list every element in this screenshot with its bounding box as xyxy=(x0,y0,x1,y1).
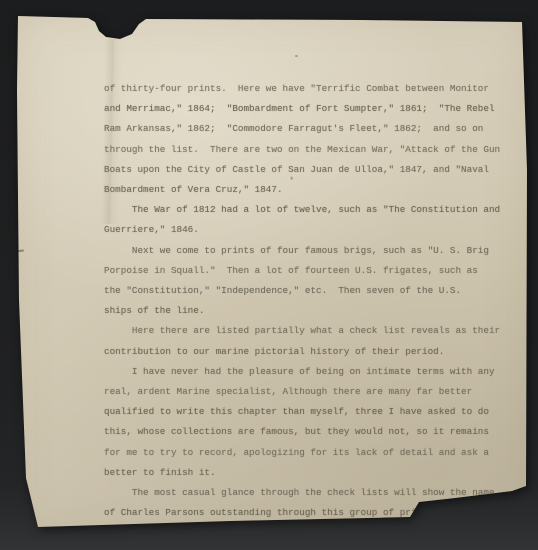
typed-line: Here there are listed partially what a c… xyxy=(104,321,516,341)
typed-line: ships of the line. xyxy=(104,301,516,321)
photo-background: of thirty-four prints. Here we have "Ter… xyxy=(0,0,538,550)
typed-text-block: of thirty-four prints. Here we have "Ter… xyxy=(104,79,516,523)
corner-fold-crease xyxy=(494,0,522,22)
typed-line: this, whose collections are famous, but … xyxy=(104,422,516,442)
typed-line: The most casual glance through the check… xyxy=(104,483,516,503)
typed-line: contribution to our marine pictorial his… xyxy=(104,342,516,362)
typed-line: Next we come to prints of four famous br… xyxy=(104,241,516,261)
typed-line: real, ardent Marine specialist, Although… xyxy=(104,382,516,402)
typed-insertion-mark: * xyxy=(289,176,294,186)
edge-nick xyxy=(15,249,24,252)
typed-line: Ram Arkansas," 1862; "Commodore Farragut… xyxy=(104,119,516,139)
typed-line: qualified to write this chapter than mys… xyxy=(104,402,516,422)
typed-line: of Charles Parsons outstanding through t… xyxy=(104,503,516,523)
typed-line: for me to try to record, apologizing for… xyxy=(104,443,516,463)
smudge-mark xyxy=(295,55,298,57)
typed-line: through the list. There are two on the M… xyxy=(104,140,516,160)
typed-page: of thirty-four prints. Here we have "Ter… xyxy=(0,0,538,550)
typed-line: The War of 1812 had a lot of twelve, suc… xyxy=(104,200,516,220)
typed-line: Bombardment of Vera Cruz," 1847. xyxy=(104,180,516,200)
typed-line: and Merrimac," 1864; "Bombardment of For… xyxy=(104,99,516,119)
typed-line: the "Constitution," "Independence," etc.… xyxy=(104,281,516,301)
typed-line: Guerriere," 1846. xyxy=(104,220,516,240)
typed-line: Boats upon the City of Castle of San Jua… xyxy=(104,160,516,180)
typed-line: Porpoise in Squall." Then a lot of fourt… xyxy=(104,261,516,281)
typed-line: of thirty-four prints. Here we have "Ter… xyxy=(104,79,516,99)
typed-line: I have never had the pleasure of being o… xyxy=(104,362,516,382)
paper-shadow-wrap: of thirty-four prints. Here we have "Ter… xyxy=(0,0,538,550)
typed-line: better to finish it. xyxy=(104,463,516,483)
